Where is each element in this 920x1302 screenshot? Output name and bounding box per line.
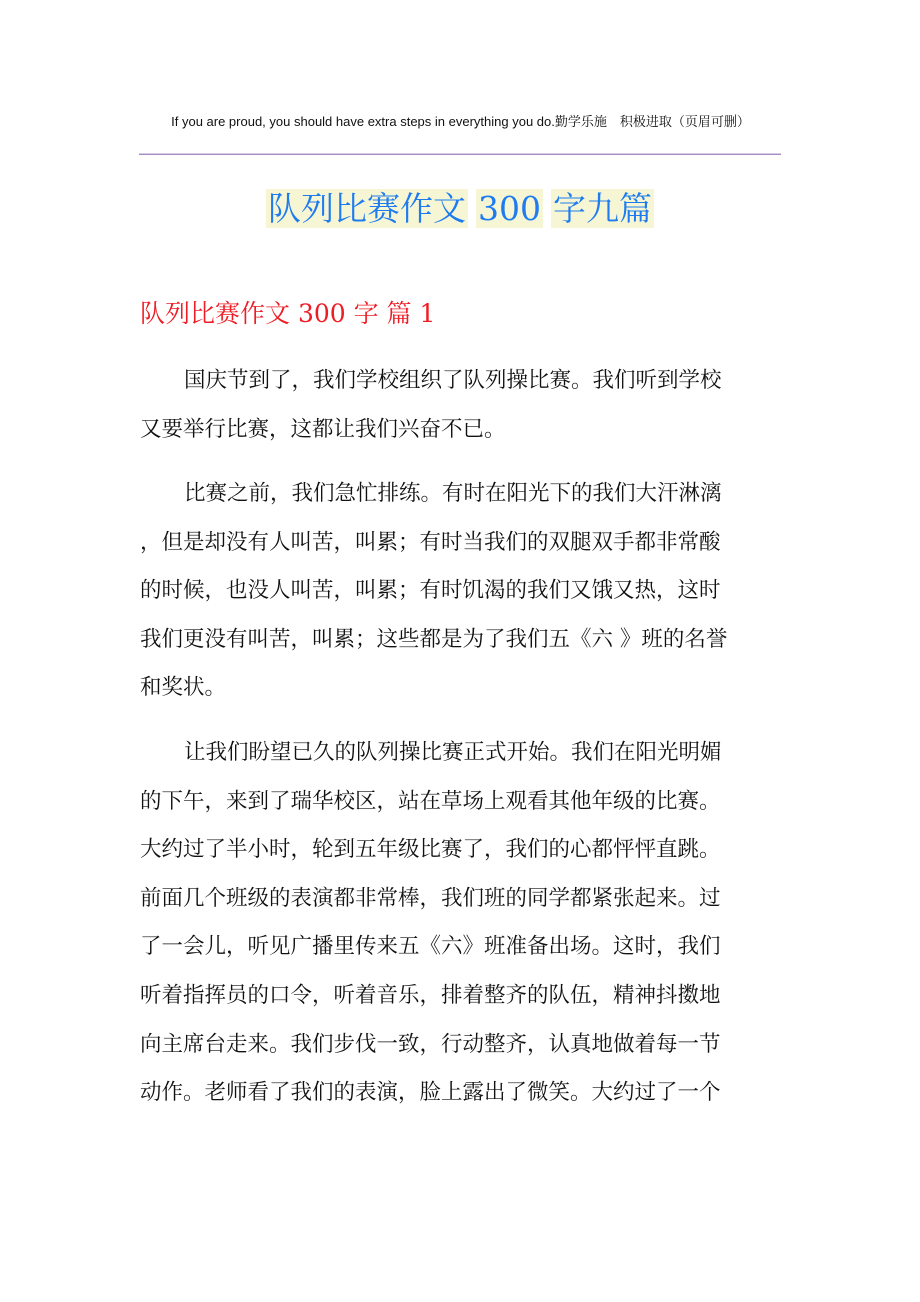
paragraph-line: 我们更没有叫苦，叫累；这些都是为了我们五《六 》班的名誉 [140,616,780,665]
paragraph-line: ，但是却没有人叫苦，叫累；有时当我们的双腿双手都非常酸 [140,519,780,568]
paragraph-line: 的时候，也没人叫苦，叫累；有时饥渴的我们又饿又热，这时 [140,567,780,616]
title-part-2: 300 [476,189,543,228]
paragraph-line: 让我们盼望已久的队列操比赛正式开始。我们在阳光明媚 [140,729,780,778]
title-part-3: 字九篇 [551,189,654,228]
header-divider [139,153,781,155]
paragraph-line: 前面几个班级的表演都非常棒，我们班的同学都紧张起来。过 [140,875,780,924]
paragraph-line: 的下午，来到了瑞华校区，站在草场上观看其他年级的比赛。 [140,778,780,827]
document-page: If you are proud, you should have extra … [0,0,920,1302]
paragraph-line: 动作。老师看了我们的表演，脸上露出了微笑。大约过了一个 [140,1069,780,1118]
paragraph-line: 向主席台走来。我们步伐一致，行动整齐，认真地做着每一节 [140,1021,780,1070]
title-part-1: 队列比赛作文 [266,189,468,228]
paragraph-1: 国庆节到了，我们学校组织了队列操比赛。我们听到学校 又要举行比赛，这都让我们兴奋… [140,357,780,454]
paragraph-3: 让我们盼望已久的队列操比赛正式开始。我们在阳光明媚 的下午，来到了瑞华校区，站在… [140,729,780,1118]
paragraph-line: 比赛之前，我们急忙排练。有时在阳光下的我们大汗淋漓 [140,470,780,519]
paragraph-line: 听着指挥员的口令，听着音乐，排着整齐的队伍，精神抖擞地 [140,972,780,1021]
paragraph-line: 又要举行比赛，这都让我们兴奋不已。 [140,406,780,455]
paragraph-line: 和奖状。 [140,664,780,713]
paragraph-line: 大约过了半小时，轮到五年级比赛了，我们的心都怦怦直跳。 [140,826,780,875]
paragraph-line: 了一会儿，听见广播里传来五《六》班准备出场。这时，我们 [140,923,780,972]
section-heading: 队列比赛作文 300 字 篇 1 [140,297,435,331]
page-header-text: If you are proud, you should have extra … [140,113,781,131]
paragraph-2: 比赛之前，我们急忙排练。有时在阳光下的我们大汗淋漓 ，但是却没有人叫苦，叫累；有… [140,470,780,713]
paragraph-line: 国庆节到了，我们学校组织了队列操比赛。我们听到学校 [140,357,780,406]
document-title: 队列比赛作文300字九篇 [0,186,920,232]
